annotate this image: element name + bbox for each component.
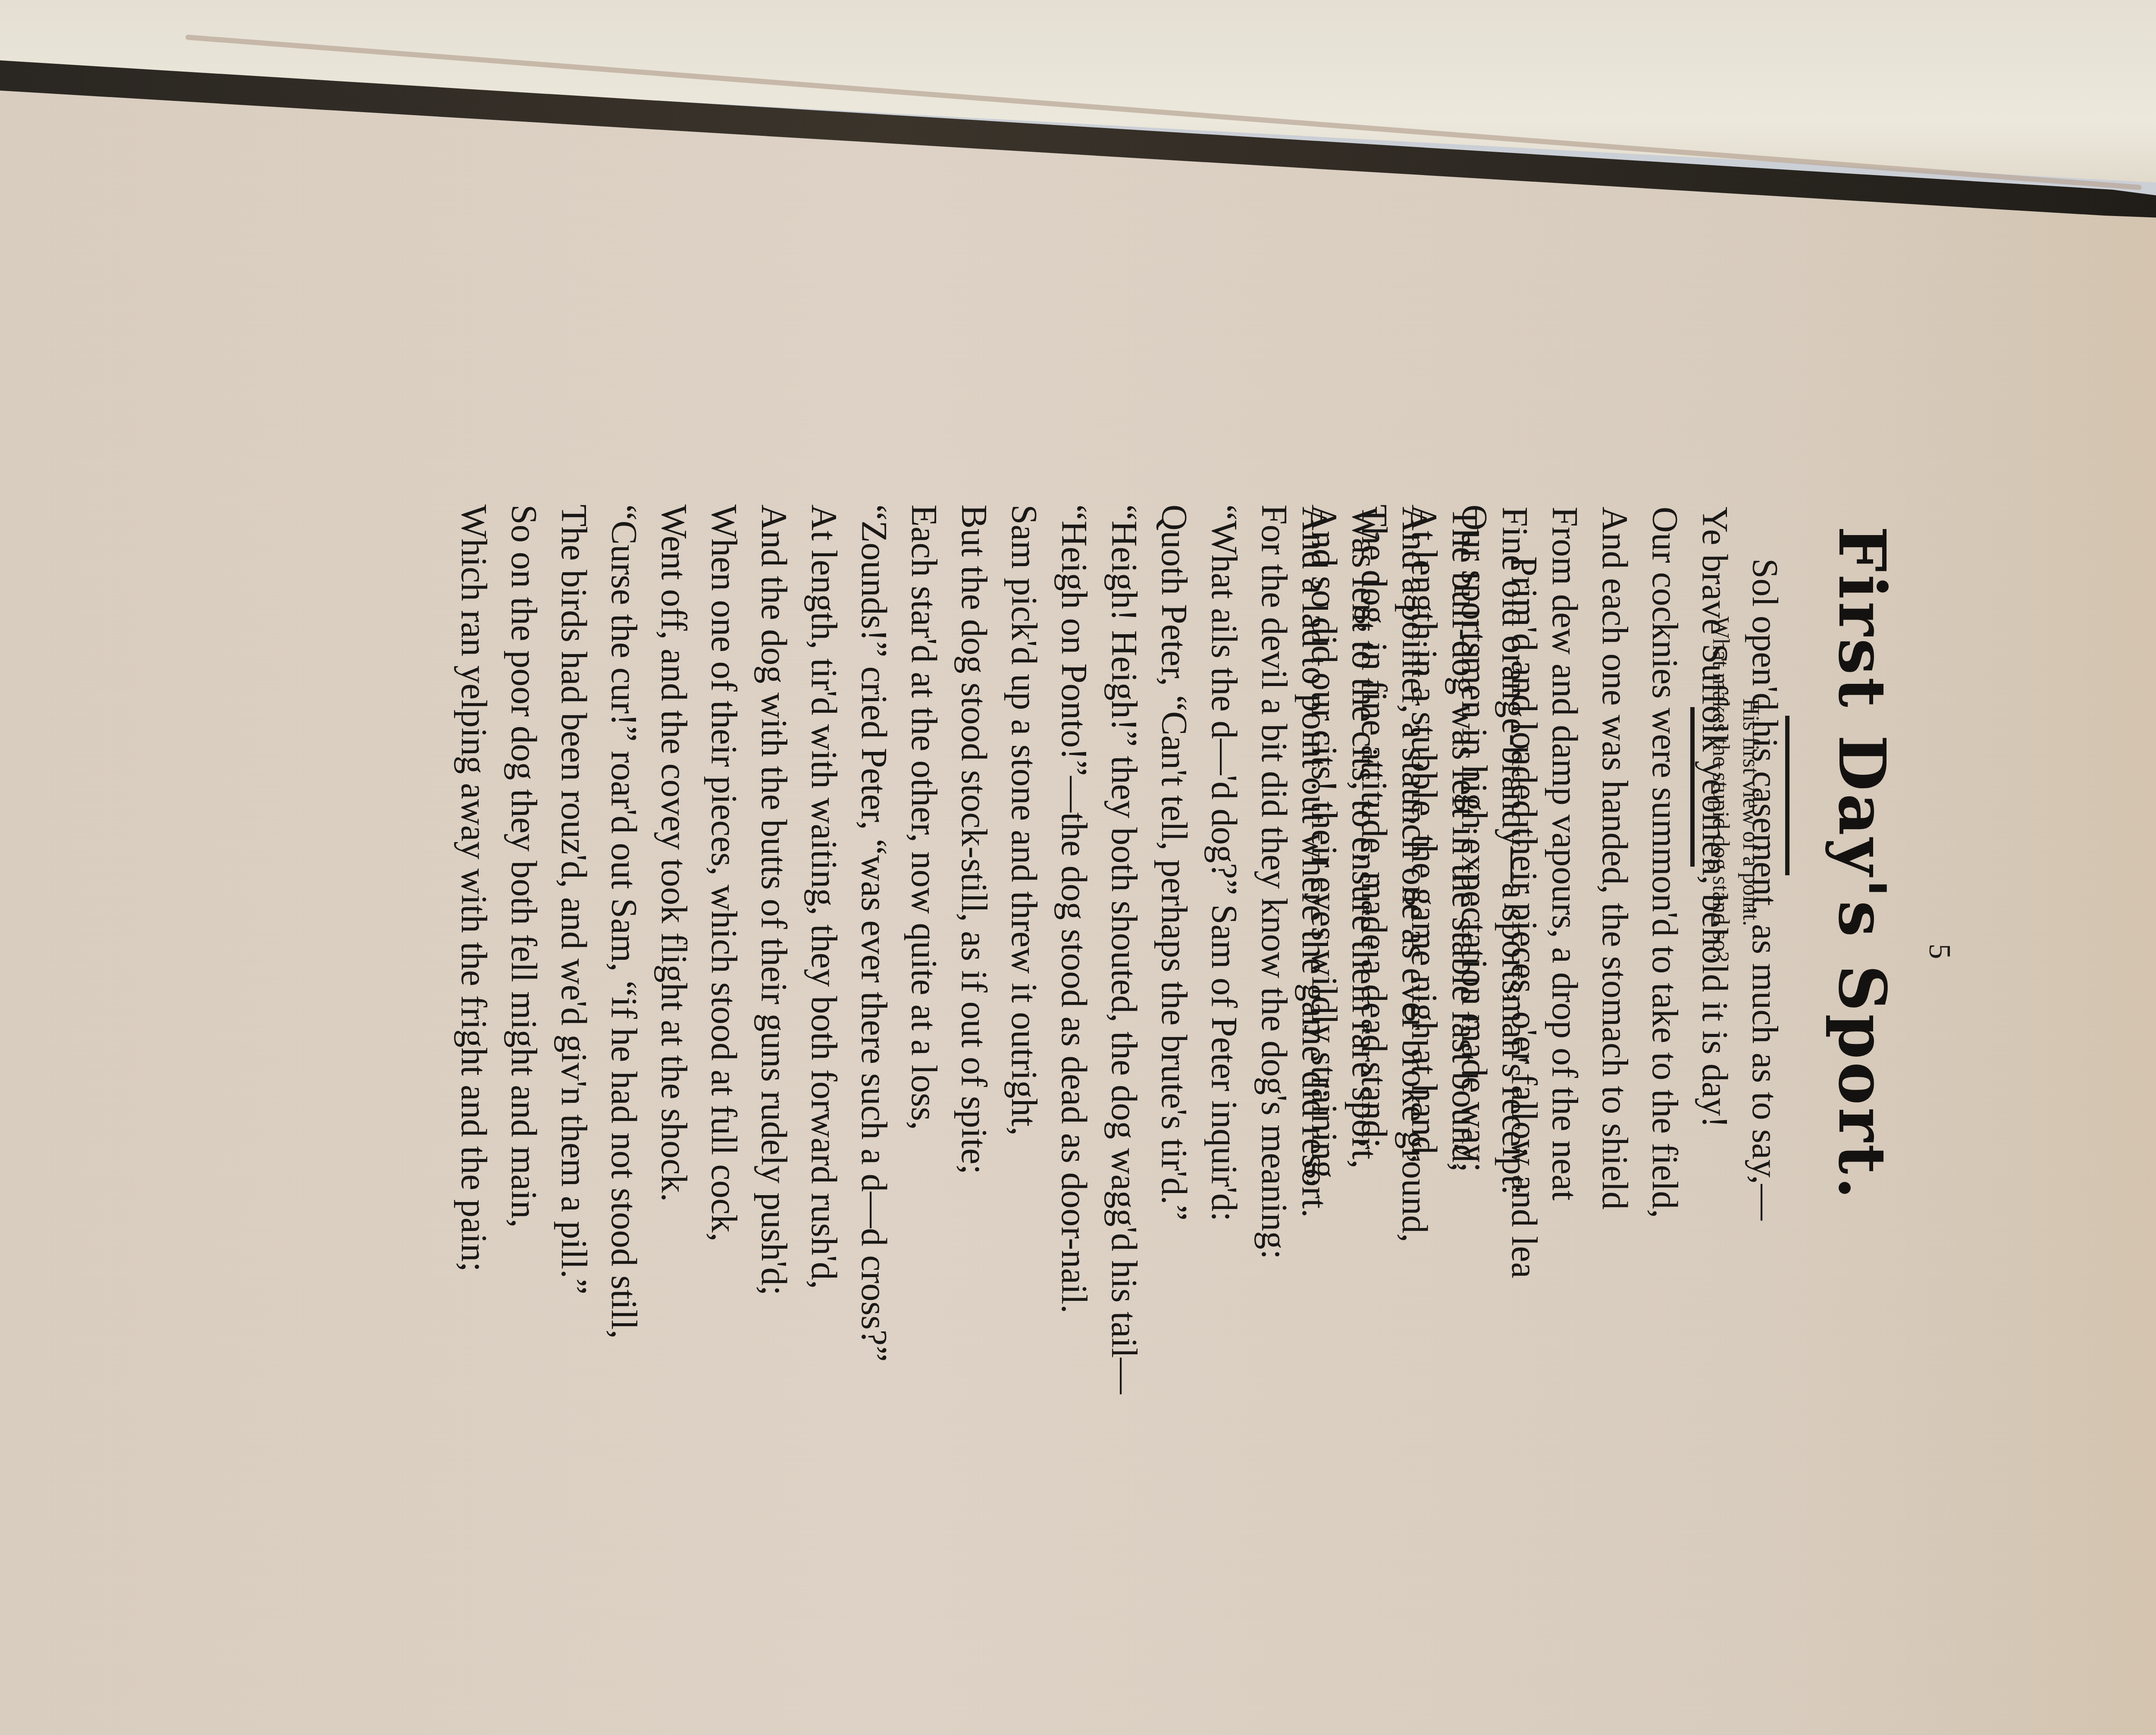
verse-line: “Zounds!” cried Peter, “was ever there s… <box>849 504 899 1394</box>
page-title: First Day's Sport. <box>1824 526 1900 1202</box>
verse-line: The dog, in fine attitude, made a dead s… <box>1349 504 1399 1394</box>
verse-line: Our sportsmen in high expectation made w… <box>1449 504 1499 1394</box>
verse-line: Ye brave Suffolk yeomen, behold it is da… <box>1689 507 1739 1242</box>
verse-line: “Heigh on Ponto!”—the dog stood as dead … <box>1049 504 1099 1394</box>
verse-line: And the dog with the butts of their guns… <box>749 504 799 1394</box>
verse-line: And each one was handed, the stomach to … <box>1589 507 1639 1242</box>
verse-line: Each star'd at the other, now quite at a… <box>899 504 949 1394</box>
verse-line: For the devil a bit did they know the do… <box>1249 504 1299 1394</box>
verse-line: “Heigh! Heigh!” they both shouted, the d… <box>1099 504 1149 1394</box>
verse-line: The birds had been rouz'd, and we'd giv'… <box>548 504 599 1394</box>
verse-line: So on the poor dog they both fell might … <box>498 504 548 1394</box>
verse-line: Sol open'd his casement, as much as to s… <box>1739 507 1789 1242</box>
verse-line: Quoth Peter, “Can't tell, perhaps the br… <box>1149 504 1199 1394</box>
verse-line: And so did our cits! their eyes wildly s… <box>1299 504 1349 1394</box>
verse-line: “Curse the cur!” roar'd out Sam, “if he … <box>599 504 649 1394</box>
verse-line: Prim'd and loaded their pieces, o'er fal… <box>1499 504 1549 1394</box>
verse-line: “What ails the d—'d dog?” Sam of Peter i… <box>1199 504 1249 1394</box>
stanza-2: Prim'd and loaded their pieces, o'er fal… <box>448 504 1549 1394</box>
verse-line: When one of their pieces, which stood at… <box>699 504 749 1394</box>
verse-line: Our cocknies were summon'd to take to th… <box>1639 507 1689 1242</box>
verse-line: At length, tir'd with waiting, they both… <box>799 504 849 1394</box>
verse-line: But the dog stood stock-still, as if out… <box>949 504 999 1394</box>
verse-line: Sam pick'd up a stone and threw it outri… <box>999 504 1049 1394</box>
verse-line: Went off, and the covey took flight at t… <box>649 504 699 1394</box>
verse-line: At length in a stubble, the game nigh at… <box>1399 504 1449 1394</box>
page-number: 5 <box>1922 944 1958 959</box>
verse-line: Which ran yelping away with the fright a… <box>448 504 498 1394</box>
